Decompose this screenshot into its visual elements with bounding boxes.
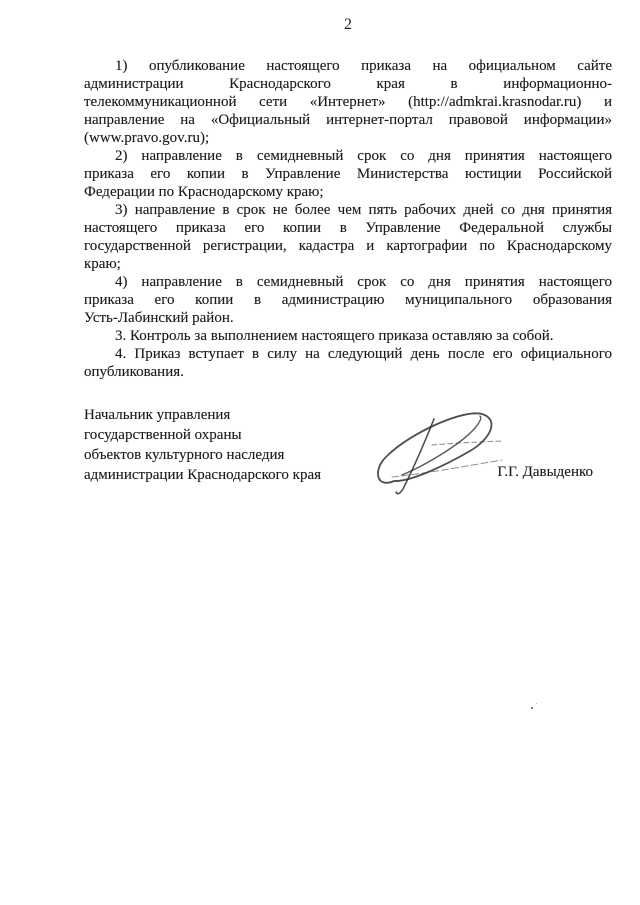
text-line: (www.pravo.gov.ru); (84, 129, 612, 147)
text-line: краю; (84, 255, 612, 273)
page: 2 1) опубликование настоящего приказа на… (0, 0, 640, 905)
text-line: 2) направление в семидневный срок со дня… (84, 147, 612, 165)
text-line: администрации Краснодарского края в инфо… (84, 75, 612, 93)
paragraph: 3) направление в срок не более чем пять … (84, 201, 612, 273)
text-line: Усть-Лабинский район. (84, 309, 612, 327)
scan-artifact-speck (531, 707, 533, 709)
signature-block: Начальник управлениягосударственной охра… (84, 405, 612, 505)
text-line: направление на «Официальный интернет-пор… (84, 111, 612, 129)
signer-name: Г.Г. Давыденко (497, 462, 593, 482)
paragraph: 1) опубликование настоящего приказа на о… (84, 57, 612, 147)
text-line: приказа его копии в администрацию муници… (84, 291, 612, 309)
text-line: 1) опубликование настоящего приказа на о… (84, 57, 612, 75)
text-line: 4) направление в семидневный срок со дня… (84, 273, 612, 291)
page-number: 2 (84, 14, 612, 35)
signer-title-line: государственной охраны (84, 425, 612, 445)
paragraph: 2) направление в семидневный срок со дня… (84, 147, 612, 201)
text-line: 3) направление в срок не более чем пять … (84, 201, 612, 219)
text-line: опубликования. (84, 363, 612, 381)
document-body: 1) опубликование настоящего приказа на о… (84, 57, 612, 381)
text-line: телекоммуникационной сети «Интернет» (ht… (84, 93, 612, 111)
text-line: государственной регистрации, кадастра и … (84, 237, 612, 255)
scanned-document-page: { "page": { "number": "2", "background":… (0, 0, 640, 905)
signer-title-line: Начальник управления (84, 405, 612, 425)
handwritten-signature-icon (372, 405, 512, 497)
text-line: 3. Контроль за выполнением настоящего пр… (84, 327, 612, 345)
paragraph: 4. Приказ вступает в силу на следующий д… (84, 345, 612, 381)
paragraph: 4) направление в семидневный срок со дня… (84, 273, 612, 327)
paragraph: 3. Контроль за выполнением настоящего пр… (84, 327, 612, 345)
scan-artifact-speck (536, 703, 537, 704)
text-line: приказа его копии в Управление Министерс… (84, 165, 612, 183)
text-line: настоящего приказа его копии в Управлени… (84, 219, 612, 237)
text-line: 4. Приказ вступает в силу на следующий д… (84, 345, 612, 363)
text-line: Федерации по Краснодарскому краю; (84, 183, 612, 201)
